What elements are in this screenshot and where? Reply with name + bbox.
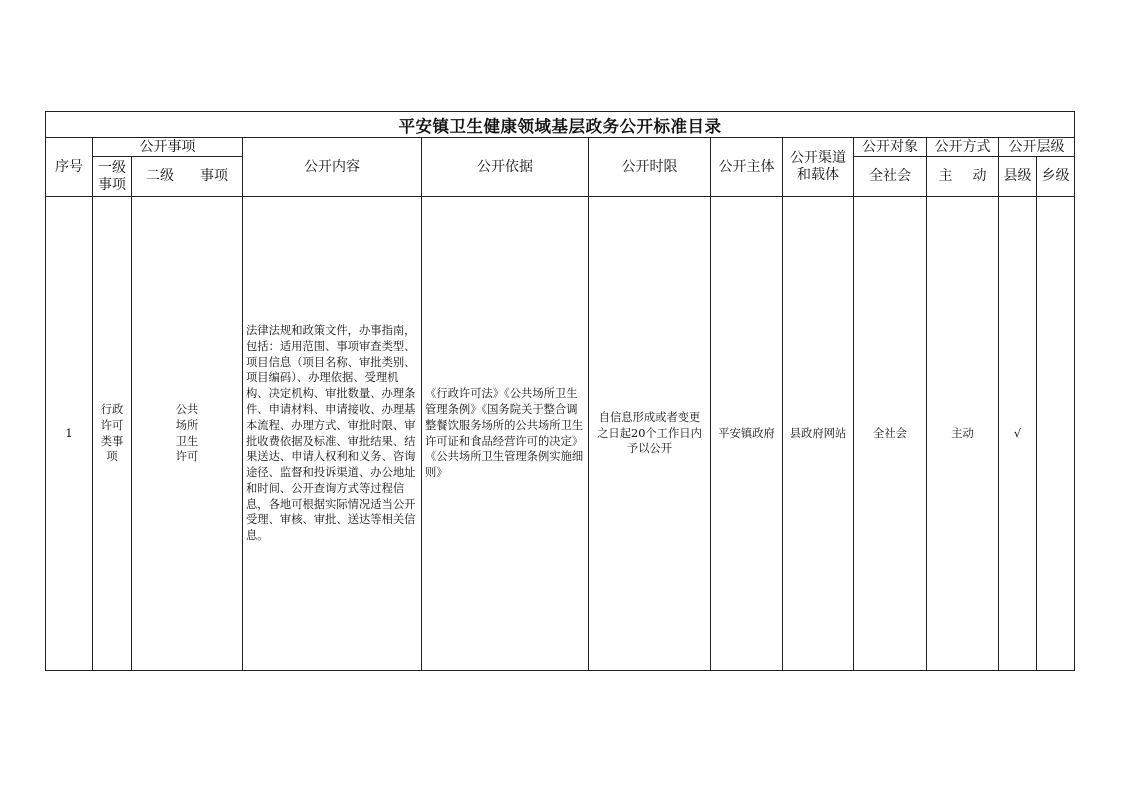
header-method-group: 公开方式	[927, 138, 999, 157]
cell-level2-text: 公共场所卫生许可	[174, 402, 200, 465]
table-row: 1 行政许可类事项 公共场所卫生许可 法律法规和政策文件，办事指南，包括：适用范…	[46, 197, 1075, 671]
header-township: 乡级	[1037, 157, 1075, 197]
cell-method: 主动	[927, 197, 999, 671]
cell-content: 法律法规和政策文件，办事指南，包括：适用范围、事项审查类型、项目信息（项目名称、…	[243, 197, 422, 671]
cell-basis: 《行政许可法》《公共场所卫生管理条例》《国务院关于整合调整餐饮服务场所的公共场所…	[422, 197, 589, 671]
header-target-group: 公开对象	[854, 138, 927, 157]
header-basis: 公开依据	[422, 138, 589, 197]
cell-level1: 行政许可类事项	[93, 197, 132, 671]
cell-level1-text: 行政许可类事项	[93, 402, 131, 465]
cell-seq: 1	[46, 197, 93, 671]
catalog-table: 平安镇卫生健康领域基层政务公开标准目录 序号 公开事项 公开内容 公开依据 公开…	[45, 111, 1075, 671]
header-subject: 公开主体	[711, 138, 783, 197]
header-content: 公开内容	[243, 138, 422, 197]
header-level2-b: 事项	[200, 168, 228, 184]
header-county: 县级	[999, 157, 1037, 197]
document-title: 平安镇卫生健康领域基层政务公开标准目录	[46, 112, 1075, 138]
cell-county-check: √	[999, 197, 1037, 671]
header-method-a: 主	[939, 168, 953, 184]
header-target: 全社会	[854, 157, 927, 197]
header-method: 主动	[927, 157, 999, 197]
header-level-group: 公开层级	[999, 138, 1075, 157]
cell-time-limit-text: 自信息形成或者变更之日起20个工作日内予以公开	[589, 410, 710, 457]
cell-level2: 公共场所卫生许可	[132, 197, 243, 671]
header-level1: 一级事项	[93, 157, 132, 197]
header-method-b: 动	[973, 168, 987, 184]
cell-subject: 平安镇政府	[711, 197, 783, 671]
cell-channel: 县政府网站	[783, 197, 854, 671]
cell-target: 全社会	[854, 197, 927, 671]
header-channel: 公开渠道和载体	[783, 138, 854, 197]
header-level2: 二级事项	[132, 157, 243, 197]
cell-time-limit: 自信息形成或者变更之日起20个工作日内予以公开	[589, 197, 711, 671]
header-channel-label: 公开渠道和载体	[783, 150, 853, 184]
header-items-group: 公开事项	[93, 138, 243, 157]
header-level2-a: 二级	[146, 168, 174, 184]
cell-township	[1037, 197, 1075, 671]
header-level1-label: 一级事项	[93, 160, 131, 194]
header-time-limit: 公开时限	[589, 138, 711, 197]
header-seq: 序号	[46, 138, 93, 197]
